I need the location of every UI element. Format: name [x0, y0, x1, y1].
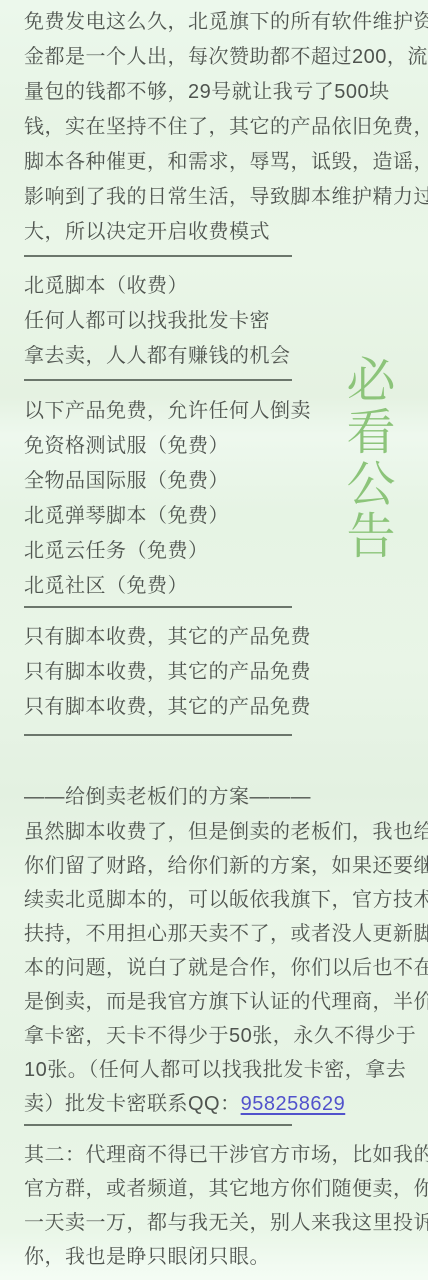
text-line: 是倒卖，而是我官方旗下认证的代理商，半价: [24, 985, 404, 1019]
text-line: 大，所以决定开启收费模式: [24, 215, 404, 250]
free-products-section: 以下产品免费，允许任何人倒卖 免资格测试服（免费） 全物品国际服（免费） 北觅弹…: [24, 394, 404, 604]
section-divider: [24, 1124, 292, 1126]
contact-label: 卖）批发卡密联系QQ：: [24, 1093, 241, 1115]
section-divider: [24, 734, 292, 736]
intro-paragraph: 免费发电这么久，北觅旗下的所有软件维护资 金都是一个人出，每次赞助都不超过200…: [24, 0, 404, 250]
text-line: 你们留了财路，给你们新的方案，如果还要继: [24, 849, 404, 883]
text-line: 只有脚本收费，其它的产品免费: [24, 690, 404, 725]
text-line: 你，我也是睁只眼闭只眼。: [24, 1240, 404, 1274]
reseller-plan-heading: ——给倒卖老板们的方案———: [24, 780, 404, 815]
text-line: 钱，实在坚持不住了，其它的产品依旧免费，: [24, 110, 404, 145]
section-divider: [24, 606, 292, 608]
section-divider: [24, 379, 292, 381]
free-product-item: 北觅弹琴脚本（免费）: [24, 499, 404, 534]
text-line: 免费发电这么久，北觅旗下的所有软件维护资: [24, 5, 404, 40]
free-product-item: 全物品国际服（免费）: [24, 464, 404, 499]
qq-contact-link[interactable]: 958258629: [241, 1093, 346, 1115]
announcement-page: 必看公告 免费发电这么久，北觅旗下的所有软件维护资 金都是一个人出，每次赞助都不…: [0, 0, 428, 1280]
contact-line: 卖）批发卡密联系QQ：958258629: [24, 1087, 404, 1121]
text-line: 只有脚本收费，其它的产品免费: [24, 620, 404, 655]
text-line: 只有脚本收费，其它的产品免费: [24, 655, 404, 690]
repeated-statement-section: 只有脚本收费，其它的产品免费 只有脚本收费，其它的产品免费 只有脚本收费，其它的…: [24, 620, 404, 725]
text-line: 拿卡密，天卡不得少于50张，永久不得少于: [24, 1019, 404, 1053]
text-line: 影响到了我的日常生活，导致脚本维护精力过: [24, 180, 404, 215]
text-line: 拿去卖，人人都有赚钱的机会: [24, 339, 404, 374]
reseller-plan-paragraph: 虽然脚本收费了，但是倒卖的老板们，我也给 你们留了财路，给你们新的方案，如果还要…: [24, 815, 404, 1121]
free-product-item: 免资格测试服（免费）: [24, 429, 404, 464]
text-line: 10张。（任何人都可以找我批发卡密，拿去: [24, 1053, 404, 1087]
text-line: 以下产品免费，允许任何人倒卖: [24, 394, 404, 429]
section-divider: [24, 255, 292, 257]
text-line: 脚本各种催更，和需求，辱骂，诋毁，造谣，: [24, 145, 404, 180]
text-line: 北觅脚本（收费）: [24, 269, 404, 304]
announcement-content: 免费发电这么久，北觅旗下的所有软件维护资 金都是一个人出，每次赞助都不超过200…: [0, 0, 428, 1274]
text-line: 虽然脚本收费了，但是倒卖的老板们，我也给: [24, 815, 404, 849]
text-line: 续卖北觅脚本的，可以皈依我旗下，官方技术: [24, 883, 404, 917]
text-line: 量包的钱都不够，29号就让我亏了500块: [24, 75, 404, 110]
paid-product-section: 北觅脚本（收费） 任何人都可以找我批发卡密 拿去卖，人人都有赚钱的机会: [24, 269, 404, 374]
text-line: 本的问题，说白了就是合作，你们以后也不在: [24, 951, 404, 985]
text-line: 一天卖一万，都与我无关，别人来我这里投诉: [24, 1206, 404, 1240]
text-line: 金都是一个人出，每次赞助都不超过200，流: [24, 40, 404, 75]
text-line: 其二：代理商不得已干涉官方市场，比如我的: [24, 1138, 404, 1172]
text-line: 官方群，或者频道，其它地方你们随便卖，你: [24, 1172, 404, 1206]
free-product-item: 北觅云任务（免费）: [24, 534, 404, 569]
text-line: 扶持，不用担心那天卖不了，或者没人更新脚: [24, 917, 404, 951]
text-line: 任何人都可以找我批发卡密: [24, 304, 404, 339]
second-rule-paragraph: 其二：代理商不得已干涉官方市场，比如我的 官方群，或者频道，其它地方你们随便卖，…: [24, 1138, 404, 1274]
free-product-item: 北觅社区（免费）: [24, 569, 404, 604]
